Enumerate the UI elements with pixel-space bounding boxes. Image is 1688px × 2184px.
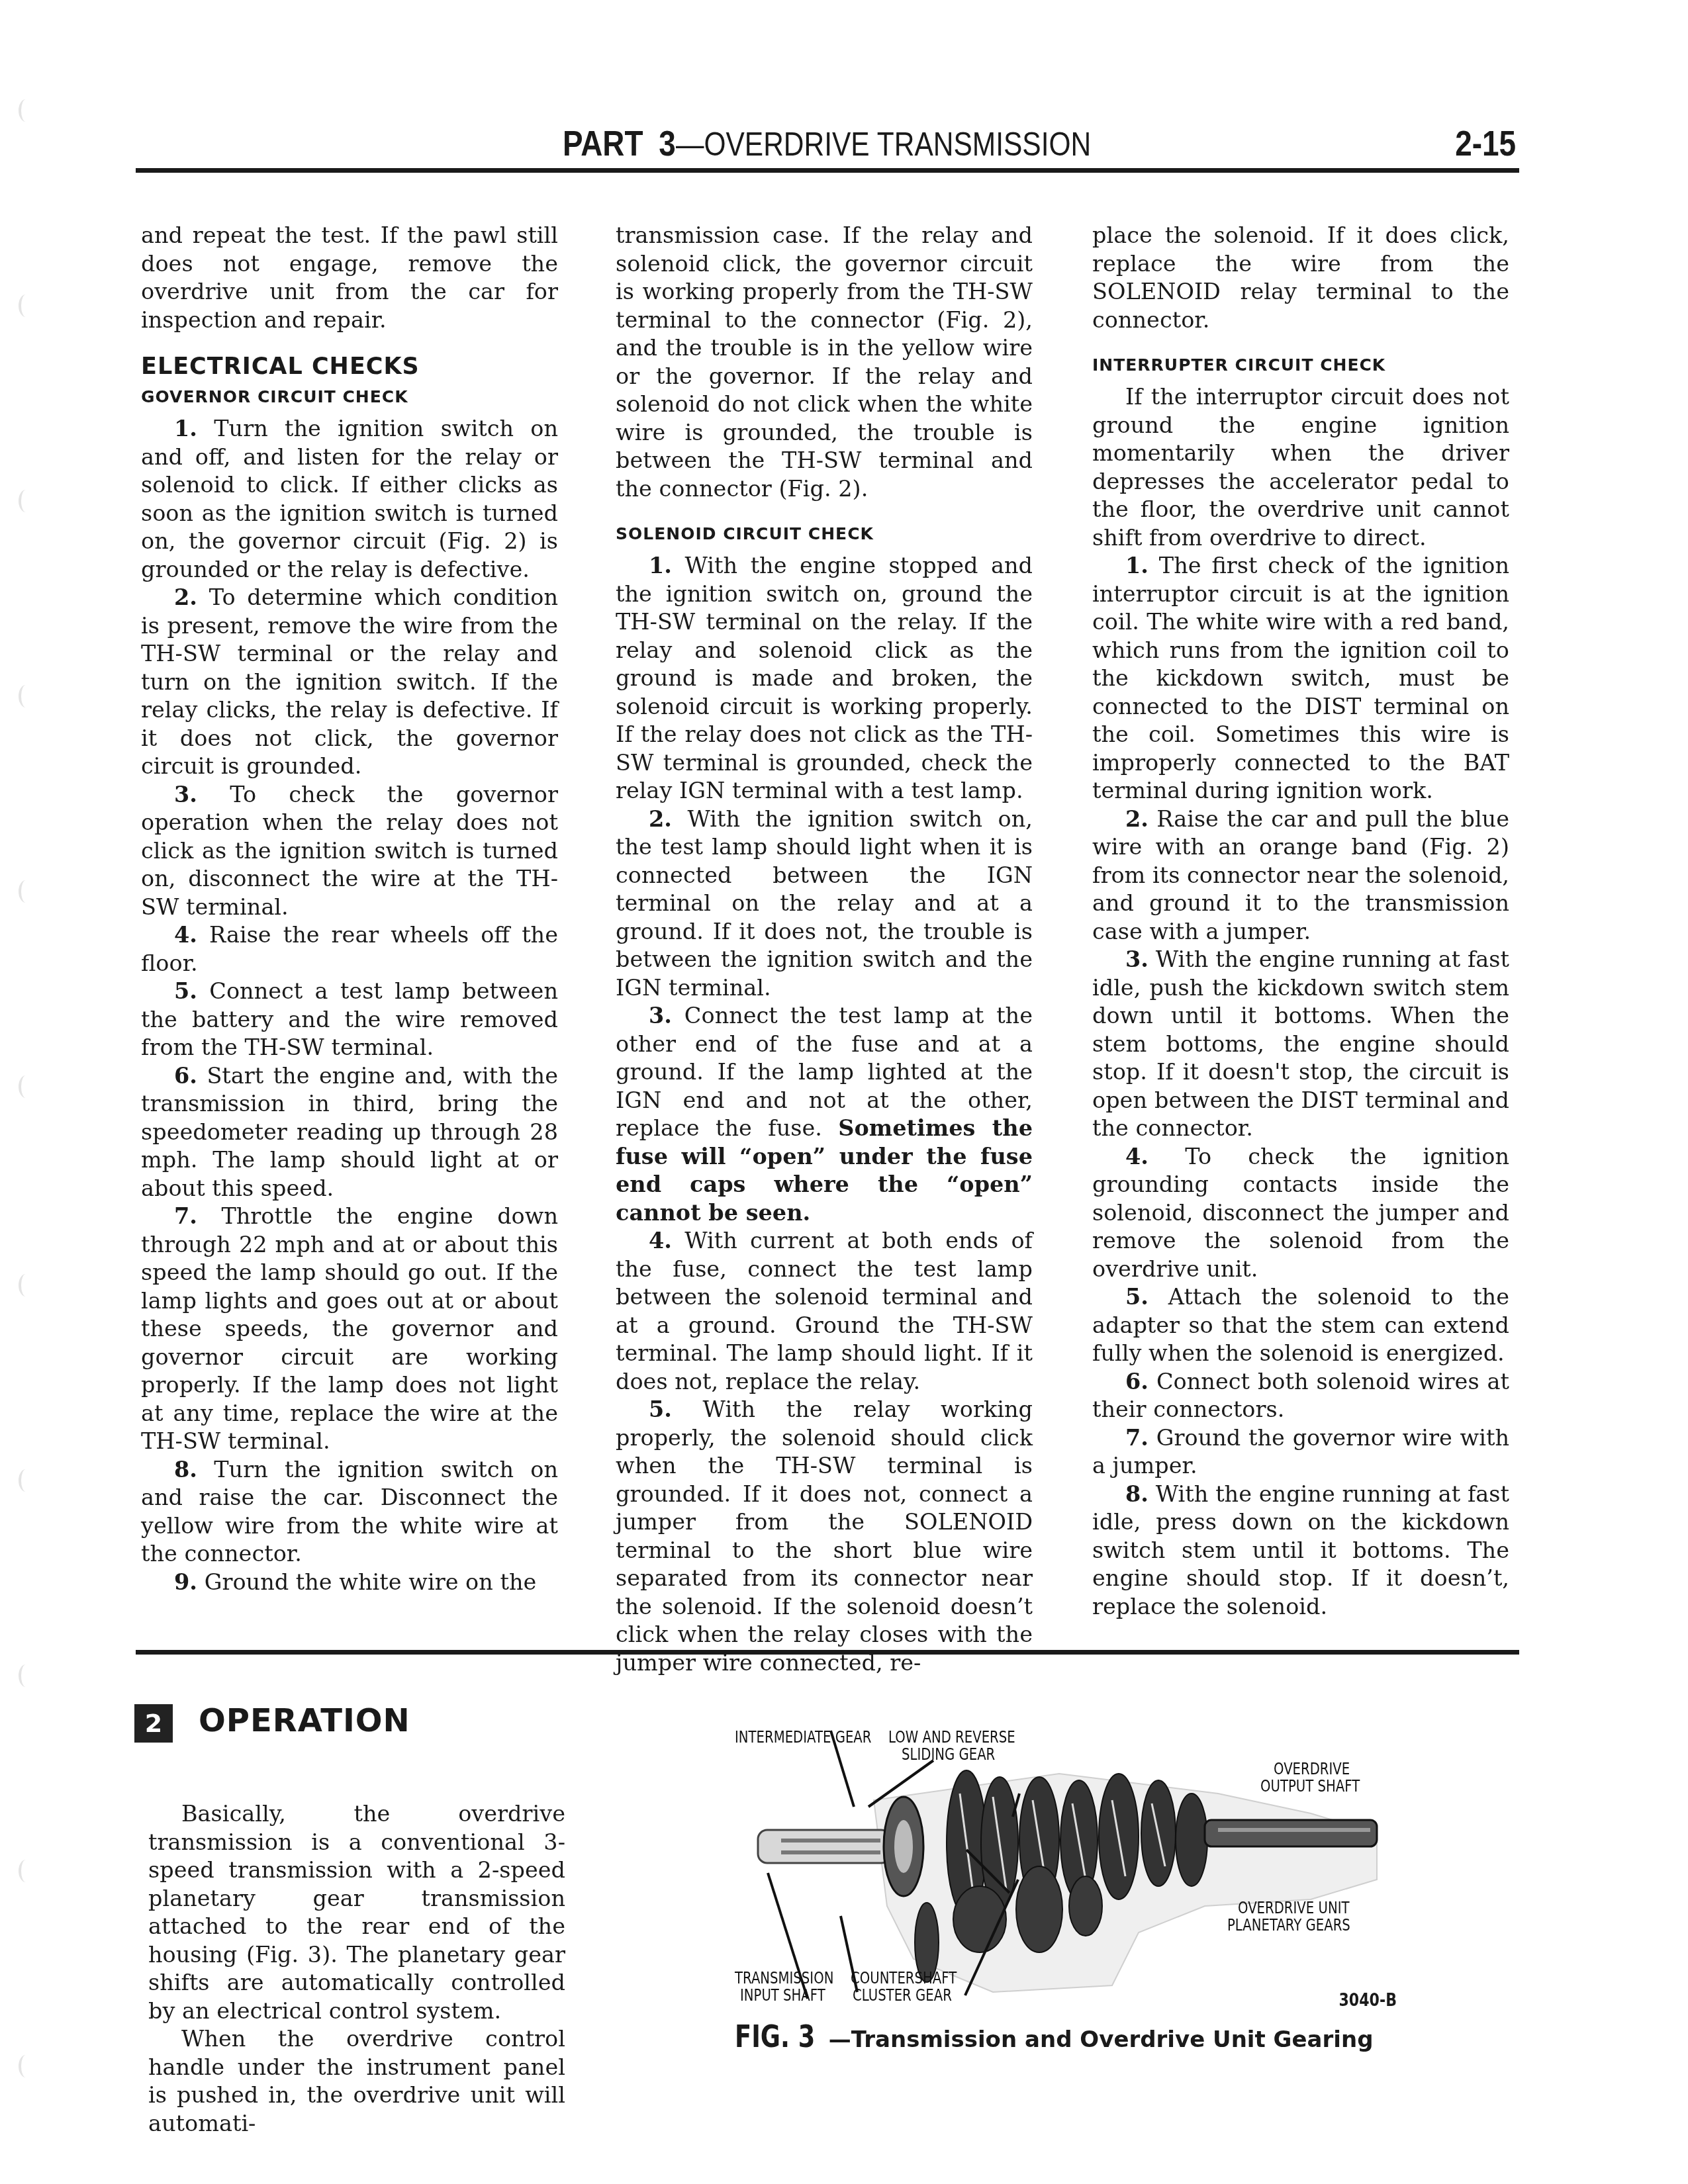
label-planetary-line2: PLANETARY GEARS [1227, 1917, 1350, 1934]
step-text: Raise the rear wheels off the floor. [141, 922, 558, 976]
step-text: To check the governor operation when the… [141, 782, 558, 920]
section-heading: ELECTRICAL CHECKS [141, 353, 558, 381]
binder-hole [19, 2055, 33, 2077]
step-text: Connect both solenoid wires at their con… [1092, 1369, 1509, 1423]
binder-hole [19, 1274, 33, 1297]
step-text: Throttle the engine down through 22 mph … [141, 1203, 558, 1454]
step: 1. Turn the ignition switch on and off, … [141, 415, 558, 584]
step: 4. To check the ignition grounding conta… [1092, 1143, 1509, 1284]
column-3: place the solenoid. If it does click, re… [1092, 222, 1509, 1621]
step-number: 8. [1125, 1481, 1149, 1507]
figure-id: 3040-B [1338, 1991, 1397, 2011]
step-number: 5. [649, 1396, 672, 1422]
paragraph: transmission case. If the relay and sole… [616, 222, 1033, 503]
section-divider [136, 1650, 1519, 1655]
paragraph: and repeat the test. If the pawl still d… [141, 222, 558, 334]
step-number: 6. [1125, 1369, 1149, 1394]
label-cluster-line1: COUNTERSHAFT [851, 1970, 957, 1987]
step: 7. Throttle the engine down through 22 m… [141, 1203, 558, 1456]
step-number: 8. [174, 1457, 197, 1482]
step-text: Turn the ignition switch on and raise th… [141, 1457, 558, 1567]
label-low-reverse-line1: LOW AND REVERSE [888, 1729, 1015, 1747]
step-number: 1. [174, 416, 197, 441]
subsection-heading: SOLENOID CIRCUIT CHECK [616, 522, 1033, 547]
step-number: 3. [1125, 946, 1149, 972]
step: 3. With the engine running at fast idle,… [1092, 946, 1509, 1143]
step-text: Ground the governor wire with a jumper. [1092, 1425, 1509, 1479]
subsection-heading: GOVERNOR CIRCUIT CHECK [141, 385, 558, 410]
step-number: 1. [1125, 553, 1149, 578]
step-text: With the engine running at fast idle, pr… [1092, 1481, 1509, 1619]
step: 7. Ground the governor wire with a jumpe… [1092, 1424, 1509, 1480]
step-number: 6. [174, 1063, 197, 1089]
step-number: 2. [174, 584, 197, 610]
section-number-badge: 2 [134, 1704, 173, 1743]
binder-hole-marks [13, 0, 40, 2184]
step: 2. To determine which condition is prese… [141, 584, 558, 781]
label-cluster-line2: CLUSTER GEAR [853, 1987, 952, 2005]
figure-caption: FIG. 3—Transmission and Overdrive Unit G… [735, 2019, 1374, 2054]
page-title: PART3—OVERDRIVE TRANSMISSION [563, 123, 1091, 164]
step-text: Attach the solenoid to the adapter so th… [1092, 1284, 1509, 1366]
step-number: 2. [649, 806, 672, 832]
subsection-heading: INTERRUPTER CIRCUIT CHECK [1092, 353, 1509, 378]
step-number: 5. [174, 978, 197, 1004]
step-number: 4. [174, 922, 197, 948]
column-1: and repeat the test. If the pawl still d… [141, 222, 558, 1596]
step-text: With the engine stopped and the ignition… [616, 553, 1033, 803]
paragraph: If the interruptor circuit does not grou… [1092, 383, 1509, 552]
label-output-shaft-line2: OUTPUT SHAFT [1260, 1778, 1360, 1796]
step-text: Raise the car and pull the blue wire wit… [1092, 806, 1509, 944]
step-number: 5. [1125, 1284, 1149, 1310]
operation-body: Basically, the overdrive transmission is… [148, 1800, 565, 2138]
section-title: OPERATION [199, 1702, 410, 1739]
step: 1. The first check of the ignition inter… [1092, 552, 1509, 805]
part-title: —OVERDRIVE TRANSMISSION [676, 126, 1091, 163]
step: 1. With the engine stopped and the ignit… [616, 552, 1033, 805]
step-number: 3. [174, 782, 197, 807]
step-text: The first check of the ignition interrup… [1092, 553, 1509, 803]
binder-hole [19, 99, 33, 122]
figure-caption-text: —Transmission and Overdrive Unit Gearing [829, 2026, 1374, 2053]
step-number: 9. [174, 1569, 197, 1595]
binder-hole [19, 1664, 33, 1687]
step: 9. Ground the white wire on the [141, 1569, 558, 1597]
step: 4. Raise the rear wheels off the floor. [141, 921, 558, 978]
page-header: PART3—OVERDRIVE TRANSMISSION 2-15 [152, 119, 1516, 172]
step-text: To check the ignition grounding contacts… [1092, 1144, 1509, 1282]
part-number: 3 [659, 124, 676, 163]
binder-hole [19, 295, 33, 317]
step-text: With the ignition switch on, the test la… [616, 806, 1033, 1001]
step: 5. Connect a test lamp between the batte… [141, 978, 558, 1062]
step: 5. With the relay working properly, the … [616, 1396, 1033, 1677]
binder-hole [19, 1469, 33, 1492]
step-number: 4. [1125, 1144, 1149, 1169]
paragraph: place the solenoid. If it does click, re… [1092, 222, 1509, 334]
figure-transmission-gearing: INTERMEDIATE GEAR LOW AND REVERSE SLIDIN… [715, 1681, 1403, 2052]
binder-hole [19, 490, 33, 512]
step-number: 3. [649, 1003, 672, 1028]
step: 2. With the ignition switch on, the test… [616, 805, 1033, 1003]
step: 6. Connect both solenoid wires at their … [1092, 1368, 1509, 1424]
paragraph: When the overdrive control handle under … [148, 2025, 565, 2138]
step-number: 7. [1125, 1425, 1149, 1451]
column-2: transmission case. If the relay and sole… [616, 222, 1033, 1677]
step: 4. With current at both ends of the fuse… [616, 1227, 1033, 1396]
binder-hole [19, 1860, 33, 1882]
page-number: 2-15 [1455, 123, 1516, 164]
binder-hole [19, 880, 33, 903]
step: 3. Connect the test lamp at the other en… [616, 1002, 1033, 1227]
figure-number: FIG. 3 [735, 2019, 815, 2054]
label-low-reverse-line2: SLIDING GEAR [902, 1746, 995, 1764]
label-input-shaft-line1: TRANSMISSION [735, 1970, 833, 1987]
step-number: 1. [649, 553, 672, 578]
header-divider [136, 168, 1519, 173]
label-output-shaft-line1: OVERDRIVE [1274, 1760, 1350, 1778]
step-text: With the engine running at fast idle, pu… [1092, 946, 1509, 1141]
step-number: 4. [649, 1228, 672, 1253]
binder-hole [19, 1075, 33, 1098]
label-planetary-line1: OVERDRIVE UNIT [1238, 1899, 1349, 1917]
step-text: To determine which condition is present,… [141, 584, 558, 779]
label-intermediate-gear: INTERMEDIATE GEAR [735, 1729, 871, 1747]
binder-hole [19, 685, 33, 707]
step-text: Connect a test lamp between the battery … [141, 978, 558, 1060]
step-text: With current at both ends of the fuse, c… [616, 1228, 1033, 1394]
step: 8. Turn the ignition switch on and raise… [141, 1456, 558, 1569]
step: 3. To check the governor operation when … [141, 781, 558, 922]
step-text: Ground the white wire on the [205, 1569, 537, 1595]
step: 5. Attach the solenoid to the adapter so… [1092, 1283, 1509, 1368]
paragraph: Basically, the overdrive transmission is… [148, 1800, 565, 2025]
label-input-shaft-line2: INPUT SHAFT [740, 1987, 825, 2005]
step-text: Start the engine and, with the transmiss… [141, 1063, 558, 1201]
step: 2. Raise the car and pull the blue wire … [1092, 805, 1509, 946]
step-number: 7. [174, 1203, 197, 1229]
step-text: With the relay working properly, the sol… [616, 1396, 1033, 1676]
step: 8. With the engine running at fast idle,… [1092, 1480, 1509, 1621]
step: 6. Start the engine and, with the transm… [141, 1062, 558, 1203]
step-number: 2. [1125, 806, 1149, 832]
part-label: PART [563, 124, 643, 163]
step-text: Turn the ignition switch on and off, and… [141, 416, 558, 582]
